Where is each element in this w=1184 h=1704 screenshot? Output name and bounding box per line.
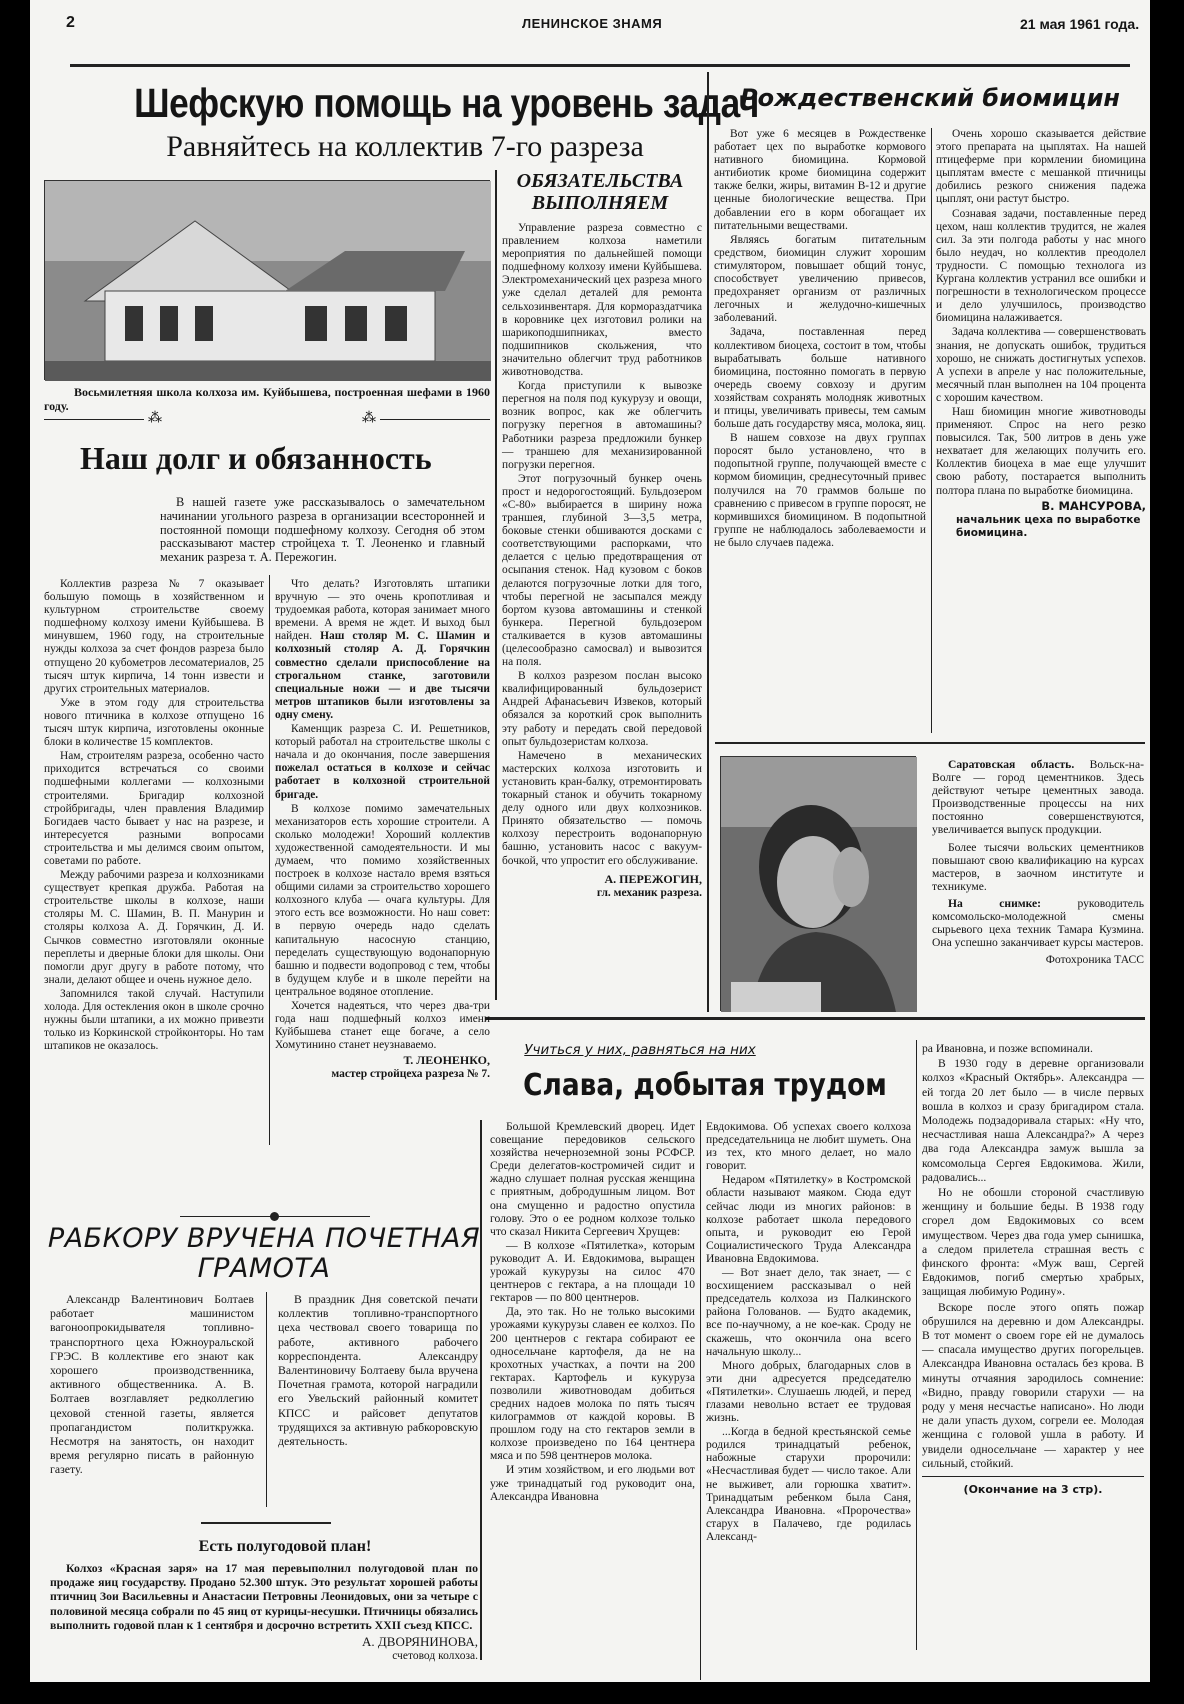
article-body-dolg-col1: Коллектив разреза № 7 оказывает большую …	[44, 578, 264, 1054]
article-body-dolg-col2: Что делать? Изготовлять штапики вручную …	[275, 578, 490, 1081]
column-rule	[700, 1120, 701, 1680]
newspaper-page: 2 ЛЕНИНСКОЕ ЗНАМЯ 21 мая 1961 года. Шефс…	[30, 0, 1150, 1682]
column-rule	[480, 1120, 482, 1660]
article-body-biomycin-col1: Вот уже 6 месяцев в Рождественке работае…	[714, 128, 926, 551]
column-rule	[495, 170, 497, 1000]
ornament-divider	[180, 1216, 370, 1218]
signature-mansurova-title: начальник цеха по выработке биомицина.	[936, 514, 1146, 540]
article-body-slava-col2: Евдокимова. Об успехах своего колхоза пр…	[706, 1120, 911, 1544]
signature-perezhogin-title: гл. механик разреза.	[502, 887, 702, 900]
continued-notice: (Окончание на 3 стр).	[922, 1483, 1144, 1496]
masthead-rule	[70, 64, 1130, 67]
article-body-slava-col1: Большой Кремлевский дворец. Идет совещан…	[490, 1120, 695, 1504]
page-number: 2	[66, 14, 75, 32]
article-title-plan: Есть полугодовой план!	[140, 1538, 430, 1556]
signature-perezhogin: А. ПЕРЕЖОГИН,	[502, 872, 702, 887]
main-subheadline: Равняйтесь на коллектив 7-го разреза	[90, 130, 720, 164]
article-body-biomycin-col2: Очень хорошо сказывается действие этого …	[936, 128, 1146, 540]
column-rule	[916, 1040, 917, 1650]
photo-credit: Фотохроника ТАСС	[932, 953, 1144, 966]
signature-dvoryaninova-title: счетовод колхоза.	[50, 1649, 478, 1663]
school-building-illustration	[45, 181, 491, 381]
column-rule	[266, 1292, 267, 1507]
column-rule	[931, 128, 932, 733]
signature-leonenko-title: мастер стройцеха разреза № 7.	[275, 1068, 490, 1081]
column-rule	[269, 575, 270, 1145]
newspaper-name: ЛЕНИНСКОЕ ЗНАМЯ	[522, 16, 662, 31]
school-photo-caption: Восьмилетняя школа колхоза им. Куйбышева…	[44, 385, 490, 413]
article-body-slava-col3: ра Ивановна, и позже вспоминали. В 1930 …	[922, 1042, 1144, 1496]
article-body-rabkor-col1: Александр Валентинович Болтаев работает …	[50, 1292, 254, 1478]
article-title-slava: Слава, добытая трудом	[516, 1068, 894, 1103]
signature-mansurova: В. МАНСУРОВА,	[936, 499, 1146, 514]
article-body-plan: Колхоз «Красная заря» на 17 мая перевыпо…	[50, 1561, 478, 1663]
tass-photo-text: Саратовская область. Вольск-на-Волге — г…	[932, 758, 1144, 966]
article-title-rabkor: РАБКОРУ ВРУЧЕНА ПОЧЕТНАЯ ГРАМОТА	[44, 1224, 484, 1284]
main-headline: Шефскую помощь на уровень задач	[134, 80, 676, 127]
school-photo	[44, 180, 490, 380]
section-rule	[485, 1017, 1145, 1020]
signature-leonenko: Т. ЛЕОНЕНКО,	[275, 1053, 490, 1068]
ornament-divider: ⁂ ⁂	[44, 412, 490, 426]
article-title-dolg: Наш долг и обязанность	[80, 440, 432, 477]
column-rule	[707, 72, 709, 1012]
article-kicker-slava: Учиться у них, равняться на них	[520, 1042, 760, 1058]
signature-dvoryaninova: А. ДВОРЯНИНОВА,	[50, 1634, 478, 1649]
article-lead-dolg: В нашей газете уже рассказывалось о заме…	[160, 496, 485, 566]
article-body-obyaz: Управление разреза совместно с правление…	[502, 222, 702, 900]
article-title-obyaz: ОБЯЗАТЕЛЬСТВА ВЫПОЛНЯЕМ	[500, 170, 700, 214]
section-rule	[201, 1522, 331, 1524]
section-rule	[715, 742, 1145, 744]
article-body-rabkor-col2: В праздник Дня советской печати коллекти…	[278, 1292, 478, 1449]
tass-portrait-photo	[720, 756, 916, 1011]
portrait-illustration	[721, 757, 917, 1012]
article-title-biomycin: Рождественский биомицин	[720, 84, 1140, 112]
issue-date: 21 мая 1961 года.	[1020, 16, 1139, 32]
